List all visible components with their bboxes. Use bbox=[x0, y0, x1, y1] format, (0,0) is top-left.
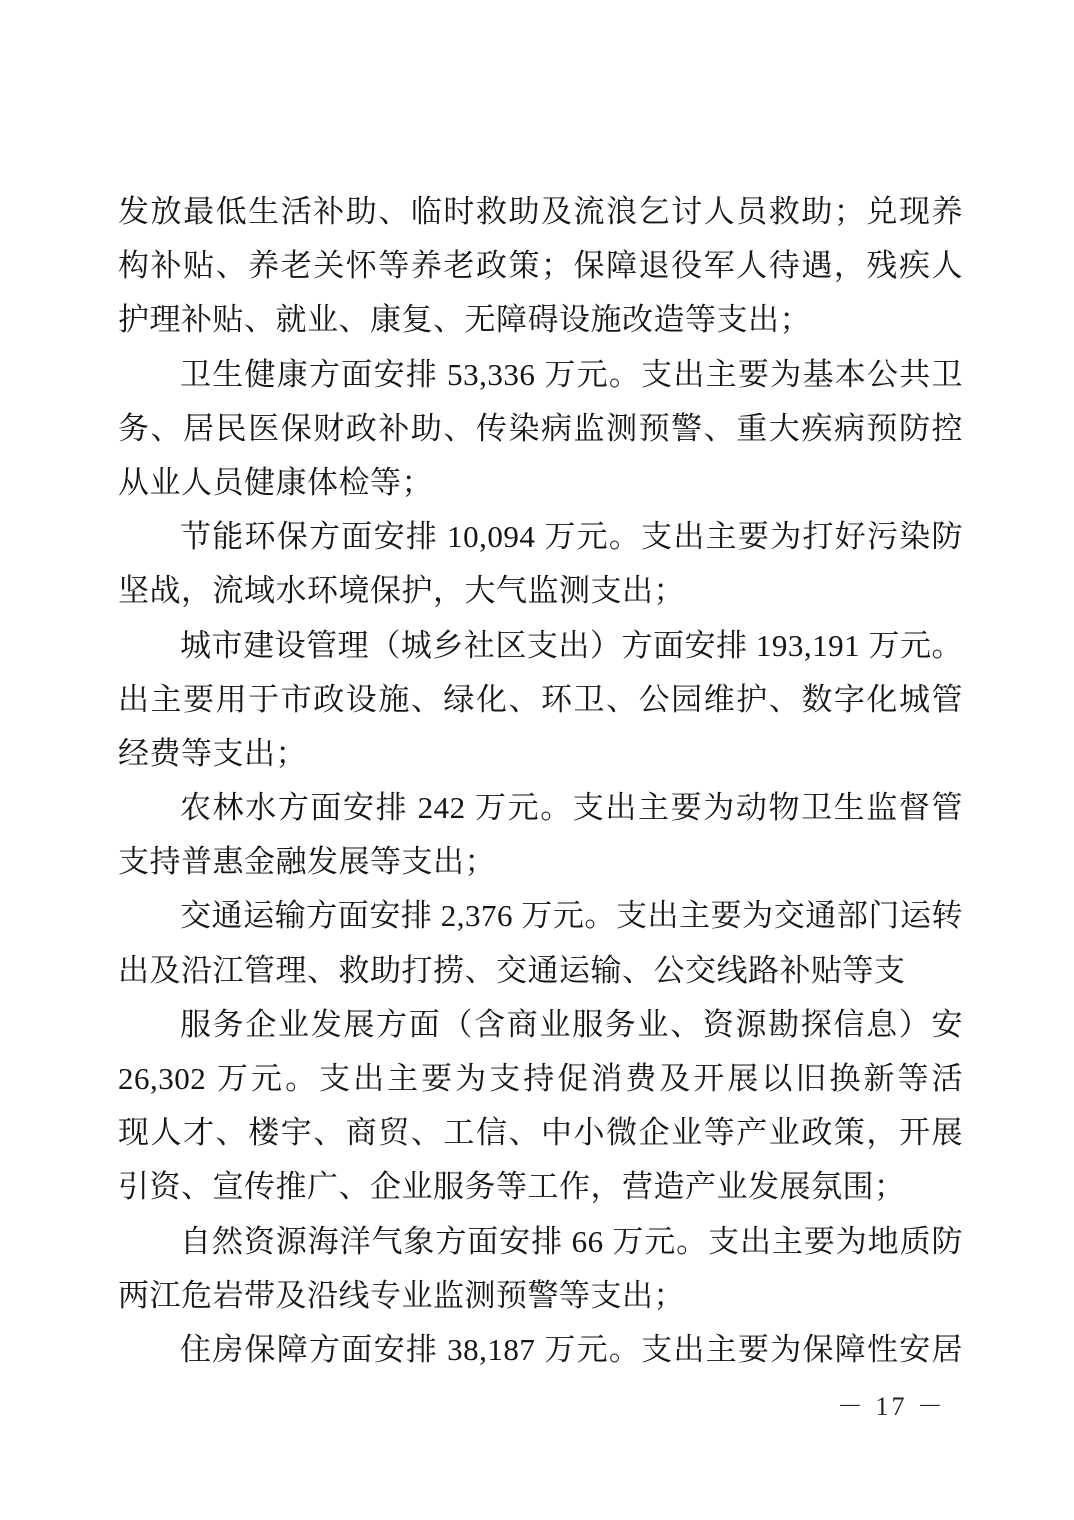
text-line: 经费等支出； bbox=[118, 727, 963, 781]
text-line: 发放最低生活补助、临时救助及流浪乞讨人员救助；兑现养老机 bbox=[118, 185, 963, 239]
text-line: 出及沿江管理、救助打捞、交通运输、公交线路补贴等支出； bbox=[118, 944, 963, 998]
text-line: 坚战，流域水环境保护，大气监测支出； bbox=[118, 564, 963, 618]
text-line: 出主要用于市政设施、绿化、环卫、公园维护、数字化城管运维 bbox=[118, 673, 963, 727]
text-line: 构补贴、养老关怀等养老政策；保障退役军人待遇，残疾人生活 bbox=[118, 239, 963, 293]
text-line: 交通运输方面安排 2,376 万元。支出主要为交通部门运转支 bbox=[118, 889, 963, 943]
text-line: 护理补贴、就业、康复、无障碍设施改造等支出； bbox=[118, 293, 963, 347]
text-line: 住房保障方面安排 38,187 万元。支出主要为保障性安居工程、 bbox=[118, 1323, 963, 1377]
text-line: 务、居民医保财政补助、传染病监测预警、重大疾病预防控制、 bbox=[118, 402, 963, 456]
text-line: 26,302 万元。支出主要为支持促消费及开展以旧换新等活动，兑 bbox=[118, 1052, 963, 1106]
text-line: 引资、宣传推广、企业服务等工作，营造产业发展氛围； bbox=[118, 1160, 963, 1214]
text-line: 支持普惠金融发展等支出； bbox=[118, 835, 963, 889]
text-line: 从业人员健康体检等； bbox=[118, 456, 963, 510]
document-body: 发放最低生活补助、临时救助及流浪乞讨人员救助；兑现养老机构补贴、养老关怀等养老政… bbox=[118, 185, 963, 1377]
text-line: 卫生健康方面安排 53,336 万元。支出主要为基本公共卫生服 bbox=[118, 348, 963, 402]
text-line: 城市建设管理（城乡社区支出）方面安排 193,191 万元。支 bbox=[118, 619, 963, 673]
text-line: 服务企业发展方面（含商业服务业、资源勘探信息）安排 bbox=[118, 998, 963, 1052]
text-line: 自然资源海洋气象方面安排 66 万元。支出主要为地质防治、 bbox=[118, 1215, 963, 1269]
text-line: 农林水方面安排 242 万元。支出主要为动物卫生监督管理、 bbox=[118, 781, 963, 835]
text-line: 两江危岩带及沿线专业监测预警等支出； bbox=[118, 1269, 963, 1323]
document-page: 发放最低生活补助、临时救助及流浪乞讨人员救助；兑现养老机构补贴、养老关怀等养老政… bbox=[0, 0, 1074, 1520]
text-line: 节能环保方面安排 10,094 万元。支出主要为打好污染防治攻 bbox=[118, 510, 963, 564]
page-number: － 17 － bbox=[837, 1390, 946, 1424]
text-line: 现人才、楼宇、商贸、工信、中小微企业等产业政策，开展招商 bbox=[118, 1106, 963, 1160]
